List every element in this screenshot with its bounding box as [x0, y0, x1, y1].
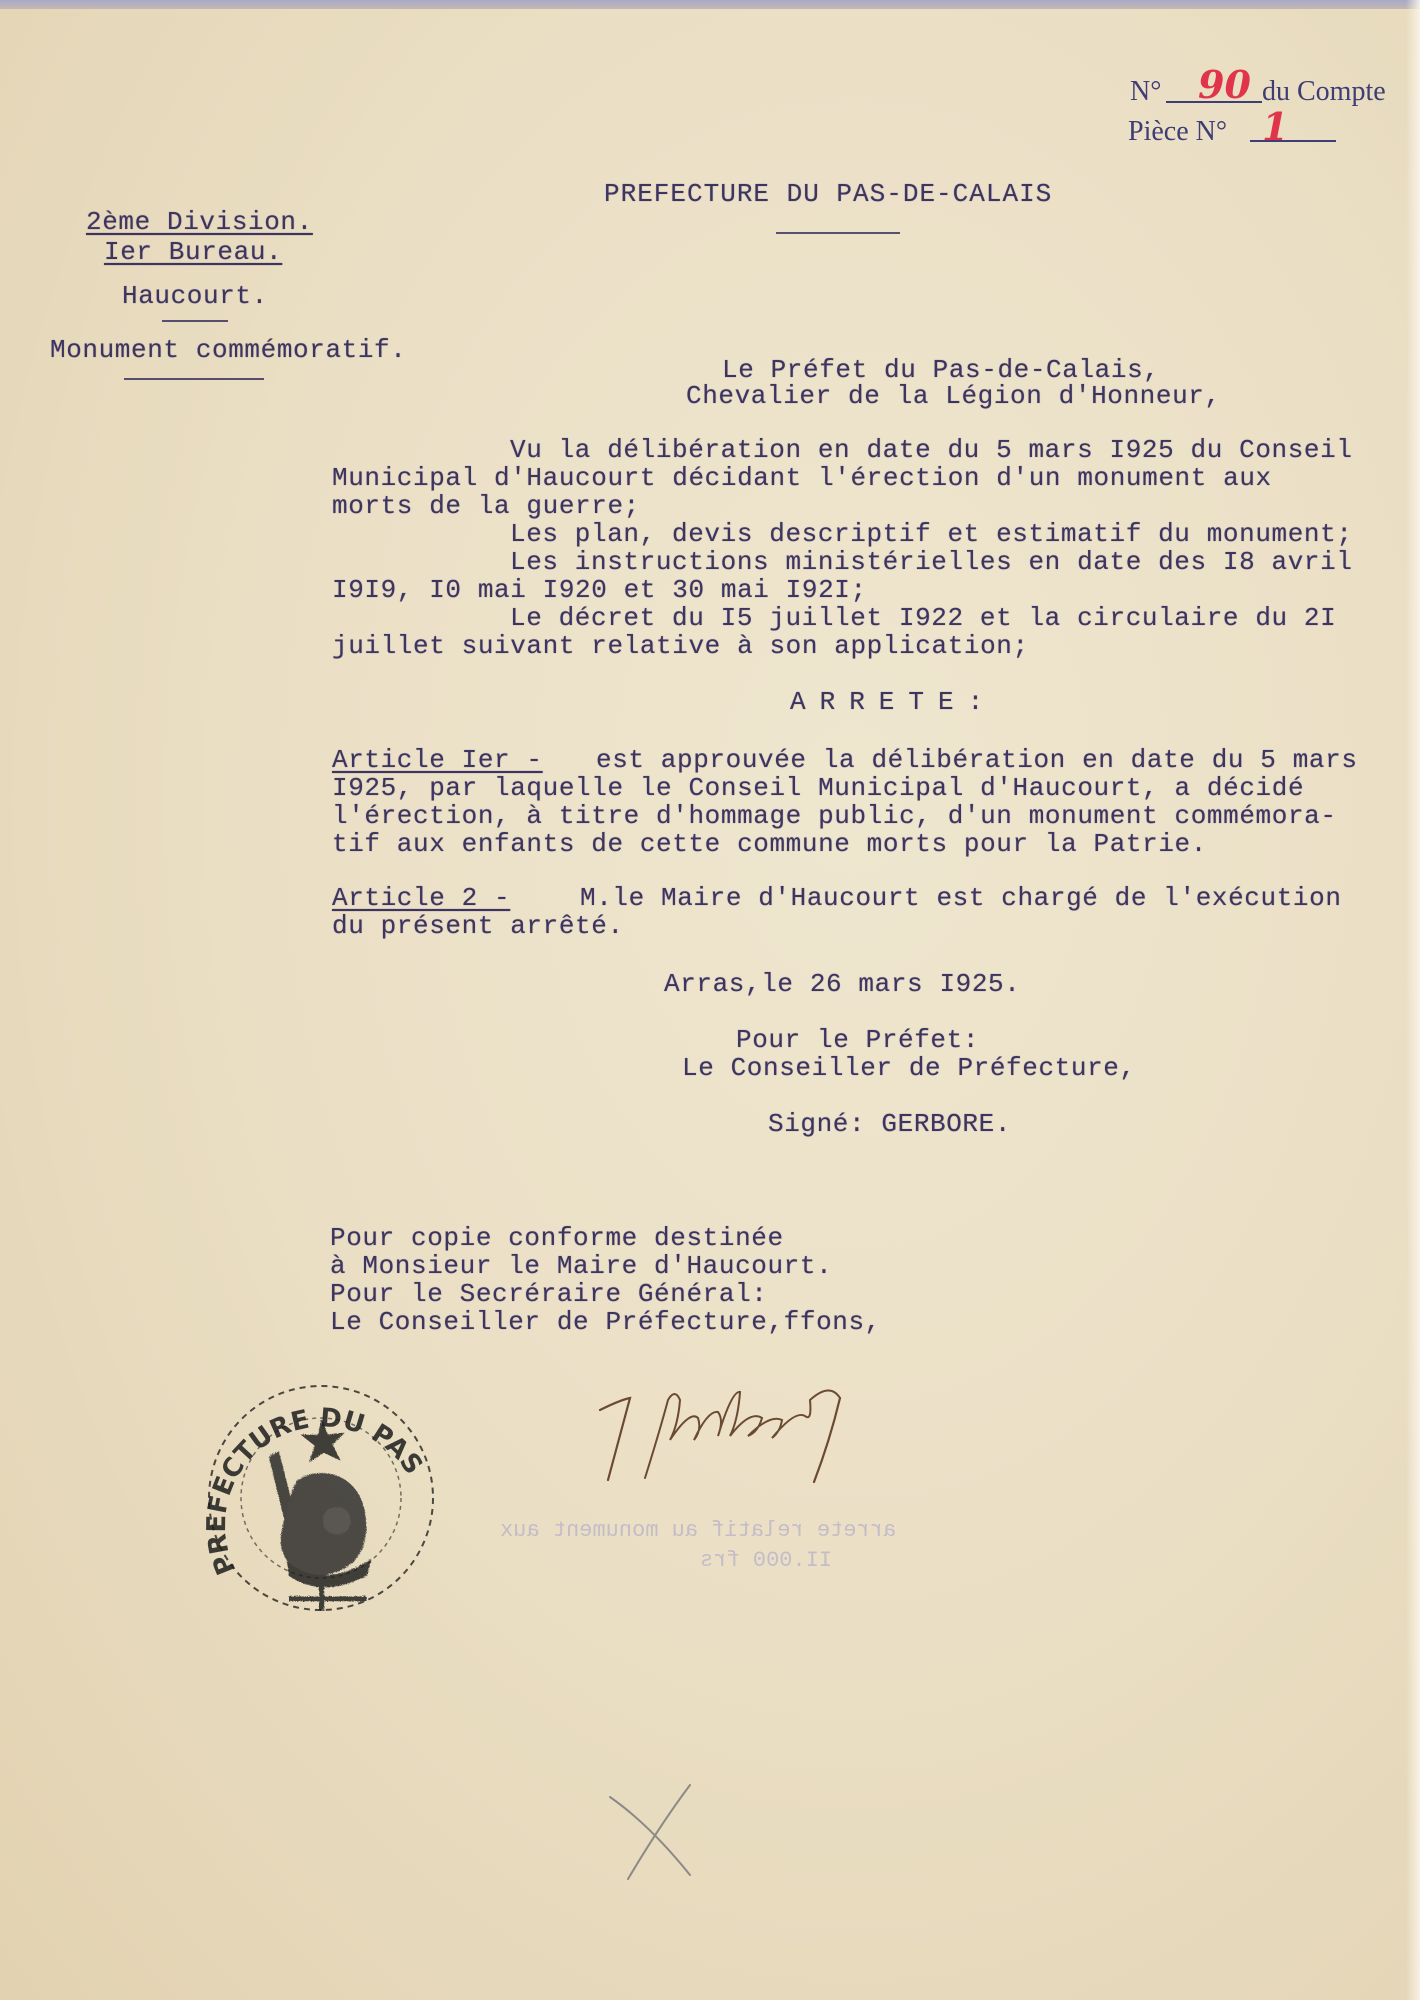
consideration-line: Vu la délibération en date du 5 mars I92… — [510, 436, 1353, 464]
signed-by: Signé: GERBORE. — [768, 1110, 1011, 1138]
division-label: 2ème Division. — [86, 208, 313, 236]
certified-copy-line: Le Conseiller de Préfecture,ffons, — [330, 1308, 881, 1336]
article-2-line: M.le Maire d'Haucourt est chargé de l'ex… — [580, 884, 1342, 912]
article-1-label: Article Ier - — [332, 746, 543, 774]
bureau-label: Ier Bureau. — [104, 238, 282, 266]
scan-top-edge — [0, 0, 1420, 9]
article-2-label: Article 2 - — [332, 884, 510, 912]
commune-label: Haucourt. — [122, 282, 268, 310]
stamp-number-value: 90 — [1198, 62, 1251, 107]
article-1-line: l'érection, à titre d'hommage public, d'… — [332, 802, 1337, 830]
counsellor-title: Le Conseiller de Préfecture, — [682, 1054, 1136, 1082]
authority-prefect: Le Préfet du Pas-de-Calais, — [722, 356, 1159, 384]
prefecture-title: PREFECTURE DU PAS-DE-CALAIS — [604, 180, 1052, 208]
stamp-piece-label: Pièce N° — [1128, 116, 1227, 148]
consideration-line: morts de la guerre; — [332, 492, 640, 520]
certified-copy-line: Pour copie conforme destinée — [330, 1224, 784, 1252]
stamp-number-prefix: N° — [1130, 76, 1161, 108]
certified-copy-line: Pour le Secréraire Général: — [330, 1280, 767, 1308]
consideration-line: Les plan, devis descriptif et estimatif … — [510, 520, 1353, 548]
consideration-line: Municipal d'Haucourt décidant l'érection… — [332, 464, 1272, 492]
article-1-line: I925, par laquelle le Conseil Municipal … — [332, 774, 1304, 802]
handwritten-signature-icon — [590, 1370, 890, 1490]
consideration-line: Les instructions ministérielles en date … — [510, 548, 1353, 576]
consideration-line: juillet suivant relative à son applicati… — [332, 632, 1029, 660]
subject-label: Monument commémoratif. — [50, 336, 406, 364]
pencil-cross-mark-icon — [590, 1775, 710, 1885]
title-rule — [776, 232, 900, 234]
certified-copy-line: à Monsieur le Maire d'Haucourt. — [330, 1252, 832, 1280]
commune-rule — [162, 320, 228, 322]
prefecture-seal-icon: PREFECTURE DU PAS-DE-CALAIS — [196, 1370, 446, 1620]
bleed-through-line: arrete relatif au monument aux — [500, 1518, 896, 1543]
place-date: Arras,le 26 mars I925. — [664, 970, 1020, 998]
scan-right-edge — [1406, 0, 1420, 2000]
bleed-through-line: II.000 frs — [700, 1548, 832, 1573]
article-1-line: est approuvée la délibération en date du… — [596, 746, 1358, 774]
article-2-line: du présent arrêté. — [332, 912, 624, 940]
stamp-piece-value: 1 — [1262, 104, 1288, 149]
decree-heading: ARRETE: — [790, 688, 997, 716]
document-page: N° 90 du Compte Pièce N° 1 PREFECTURE DU… — [0, 0, 1420, 2000]
consideration-line: I9I9, I0 mai I920 et 30 mai I92I; — [332, 576, 867, 604]
subject-rule — [124, 378, 264, 380]
for-prefect: Pour le Préfet: — [736, 1026, 979, 1054]
article-1-line: tif aux enfants de cette commune morts p… — [332, 830, 1207, 858]
authority-honour: Chevalier de la Légion d'Honneur, — [686, 382, 1221, 410]
consideration-line: Le décret du I5 juillet I922 et la circu… — [510, 604, 1336, 632]
